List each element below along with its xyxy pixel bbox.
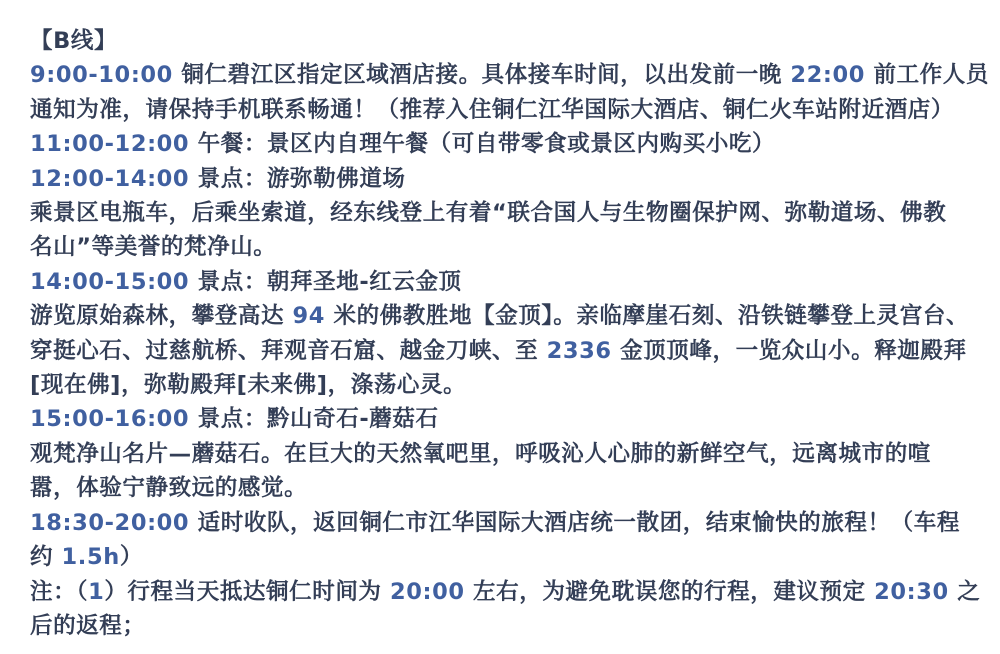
- itinerary-line: 游览原始森林，攀登高达 94 米的佛教胜地【金顶】。亲临摩崖石刻、沿铁链攀登上灵…: [30, 299, 975, 333]
- itinerary-line: 穿挺心石、过慈航桥、拜观音石窟、越金刀峡、至 2336 金顶顶峰，一览众山小。释…: [30, 334, 975, 368]
- text-segment: ）: [120, 544, 143, 570]
- text-segment: 之: [949, 579, 981, 605]
- text-segment: 景点：游弥勒佛道场: [189, 166, 405, 192]
- itinerary-line: 15:00-16:00 景点：黔山奇石-蘑菇石: [30, 402, 975, 436]
- time-number-token: 14:00-15:00: [30, 269, 189, 295]
- text-segment: 游览原始森林，攀登高达: [30, 303, 293, 329]
- text-segment: 适时收队，返回铜仁市江华国际大酒店统一散团，结束愉快的旅程！（车程: [189, 510, 960, 536]
- text-segment: 乘景区电瓶车，后乘坐索道，经东线登上有着“联合国人与生物圈保护网、弥勒道场、佛教: [30, 200, 946, 226]
- itinerary-line: 通知为准，请保持手机联系畅通！（推荐入住铜仁江华国际大酒店、铜仁火车站附近酒店）: [30, 93, 975, 127]
- itinerary-line: 9:00-10:00 铜仁碧江区指定区域酒店接。具体接车时间，以出发前一晚 22…: [30, 58, 975, 92]
- time-number-token: 22:00: [790, 62, 865, 88]
- itinerary-text: 【B线】9:00-10:00 铜仁碧江区指定区域酒店接。具体接车时间，以出发前一…: [30, 24, 975, 643]
- time-number-token: 94: [293, 303, 326, 329]
- itinerary-line: 注：（1）行程当天抵达铜仁时间为 20:00 左右，为避免耽误您的行程，建议预定…: [30, 575, 975, 609]
- text-segment: 午餐：景区内自理午餐（可自带零食或景区内购买小吃）: [189, 131, 775, 157]
- itinerary-line: 约 1.5h）: [30, 540, 975, 574]
- time-number-token: 20:30: [874, 579, 949, 605]
- time-number-token: 2336: [547, 338, 612, 364]
- text-segment: 名山”等美誉的梵净山。: [30, 234, 276, 260]
- time-number-token: 1.5h: [62, 544, 120, 570]
- text-segment: 后的返程；: [30, 613, 146, 639]
- text-segment: 左右，为避免耽误您的行程，建议预定: [465, 579, 875, 605]
- text-segment: 铜仁碧江区指定区域酒店接。具体接车时间，以出发前一晚: [173, 62, 790, 88]
- itinerary-line: 14:00-15:00 景点：朝拜圣地-红云金顶: [30, 265, 975, 299]
- itinerary-line: 后的返程；: [30, 609, 975, 643]
- itinerary-line: 乘景区电瓶车，后乘坐索道，经东线登上有着“联合国人与生物圈保护网、弥勒道场、佛教: [30, 196, 975, 230]
- time-number-token: 12:00-14:00: [30, 166, 189, 192]
- text-segment: 前工作人员: [865, 62, 989, 88]
- time-number-token: 9:00-10:00: [30, 62, 173, 88]
- text-segment: 注：（: [30, 579, 88, 605]
- itinerary-line: 18:30-20:00 适时收队，返回铜仁市江华国际大酒店统一散团，结束愉快的旅…: [30, 506, 975, 540]
- itinerary-line: 【B线】: [30, 24, 975, 58]
- text-segment: 嚣，体验宁静致远的感觉。: [30, 475, 307, 501]
- text-segment: 通知为准，请保持手机联系畅通！（推荐入住铜仁江华国际大酒店、铜仁火车站附近酒店）: [30, 97, 954, 123]
- text-segment: 【B线】: [30, 28, 117, 54]
- text-segment: 景点：朝拜圣地-红云金顶: [189, 269, 461, 295]
- text-segment: 约: [30, 544, 62, 570]
- time-number-token: 11:00-12:00: [30, 131, 189, 157]
- text-segment: 金顶顶峰，一览众山小。释迦殿拜: [612, 338, 967, 364]
- itinerary-line: 观梵净山名片—蘑菇石。在巨大的天然氧吧里，呼吸沁人心肺的新鲜空气，远离城市的喧: [30, 437, 975, 471]
- text-segment: ）行程当天抵达铜仁时间为: [104, 579, 390, 605]
- time-number-token: 1: [88, 579, 104, 605]
- itinerary-line: 11:00-12:00 午餐：景区内自理午餐（可自带零食或景区内购买小吃）: [30, 127, 975, 161]
- text-segment: [现在佛]，弥勒殿拜[未来佛]，涤荡心灵。: [30, 372, 466, 398]
- itinerary-line: 12:00-14:00 景点：游弥勒佛道场: [30, 162, 975, 196]
- text-segment: 观梵净山名片—蘑菇石。在巨大的天然氧吧里，呼吸沁人心肺的新鲜空气，远离城市的喧: [30, 441, 931, 467]
- itinerary-line: 嚣，体验宁静致远的感觉。: [30, 471, 975, 505]
- time-number-token: 20:00: [390, 579, 465, 605]
- text-segment: 穿挺心石、过慈航桥、拜观音石窟、越金刀峡、至: [30, 338, 547, 364]
- text-segment: 米的佛教胜地【金顶】。亲临摩崖石刻、沿铁链攀登上灵宫台、: [325, 303, 969, 329]
- itinerary-line: 名山”等美誉的梵净山。: [30, 230, 975, 264]
- itinerary-line: [现在佛]，弥勒殿拜[未来佛]，涤荡心灵。: [30, 368, 975, 402]
- itinerary-page: 【B线】9:00-10:00 铜仁碧江区指定区域酒店接。具体接车时间，以出发前一…: [0, 0, 1000, 654]
- time-number-token: 15:00-16:00: [30, 406, 189, 432]
- text-segment: 景点：黔山奇石-蘑菇石: [189, 406, 438, 432]
- time-number-token: 18:30-20:00: [30, 510, 189, 536]
